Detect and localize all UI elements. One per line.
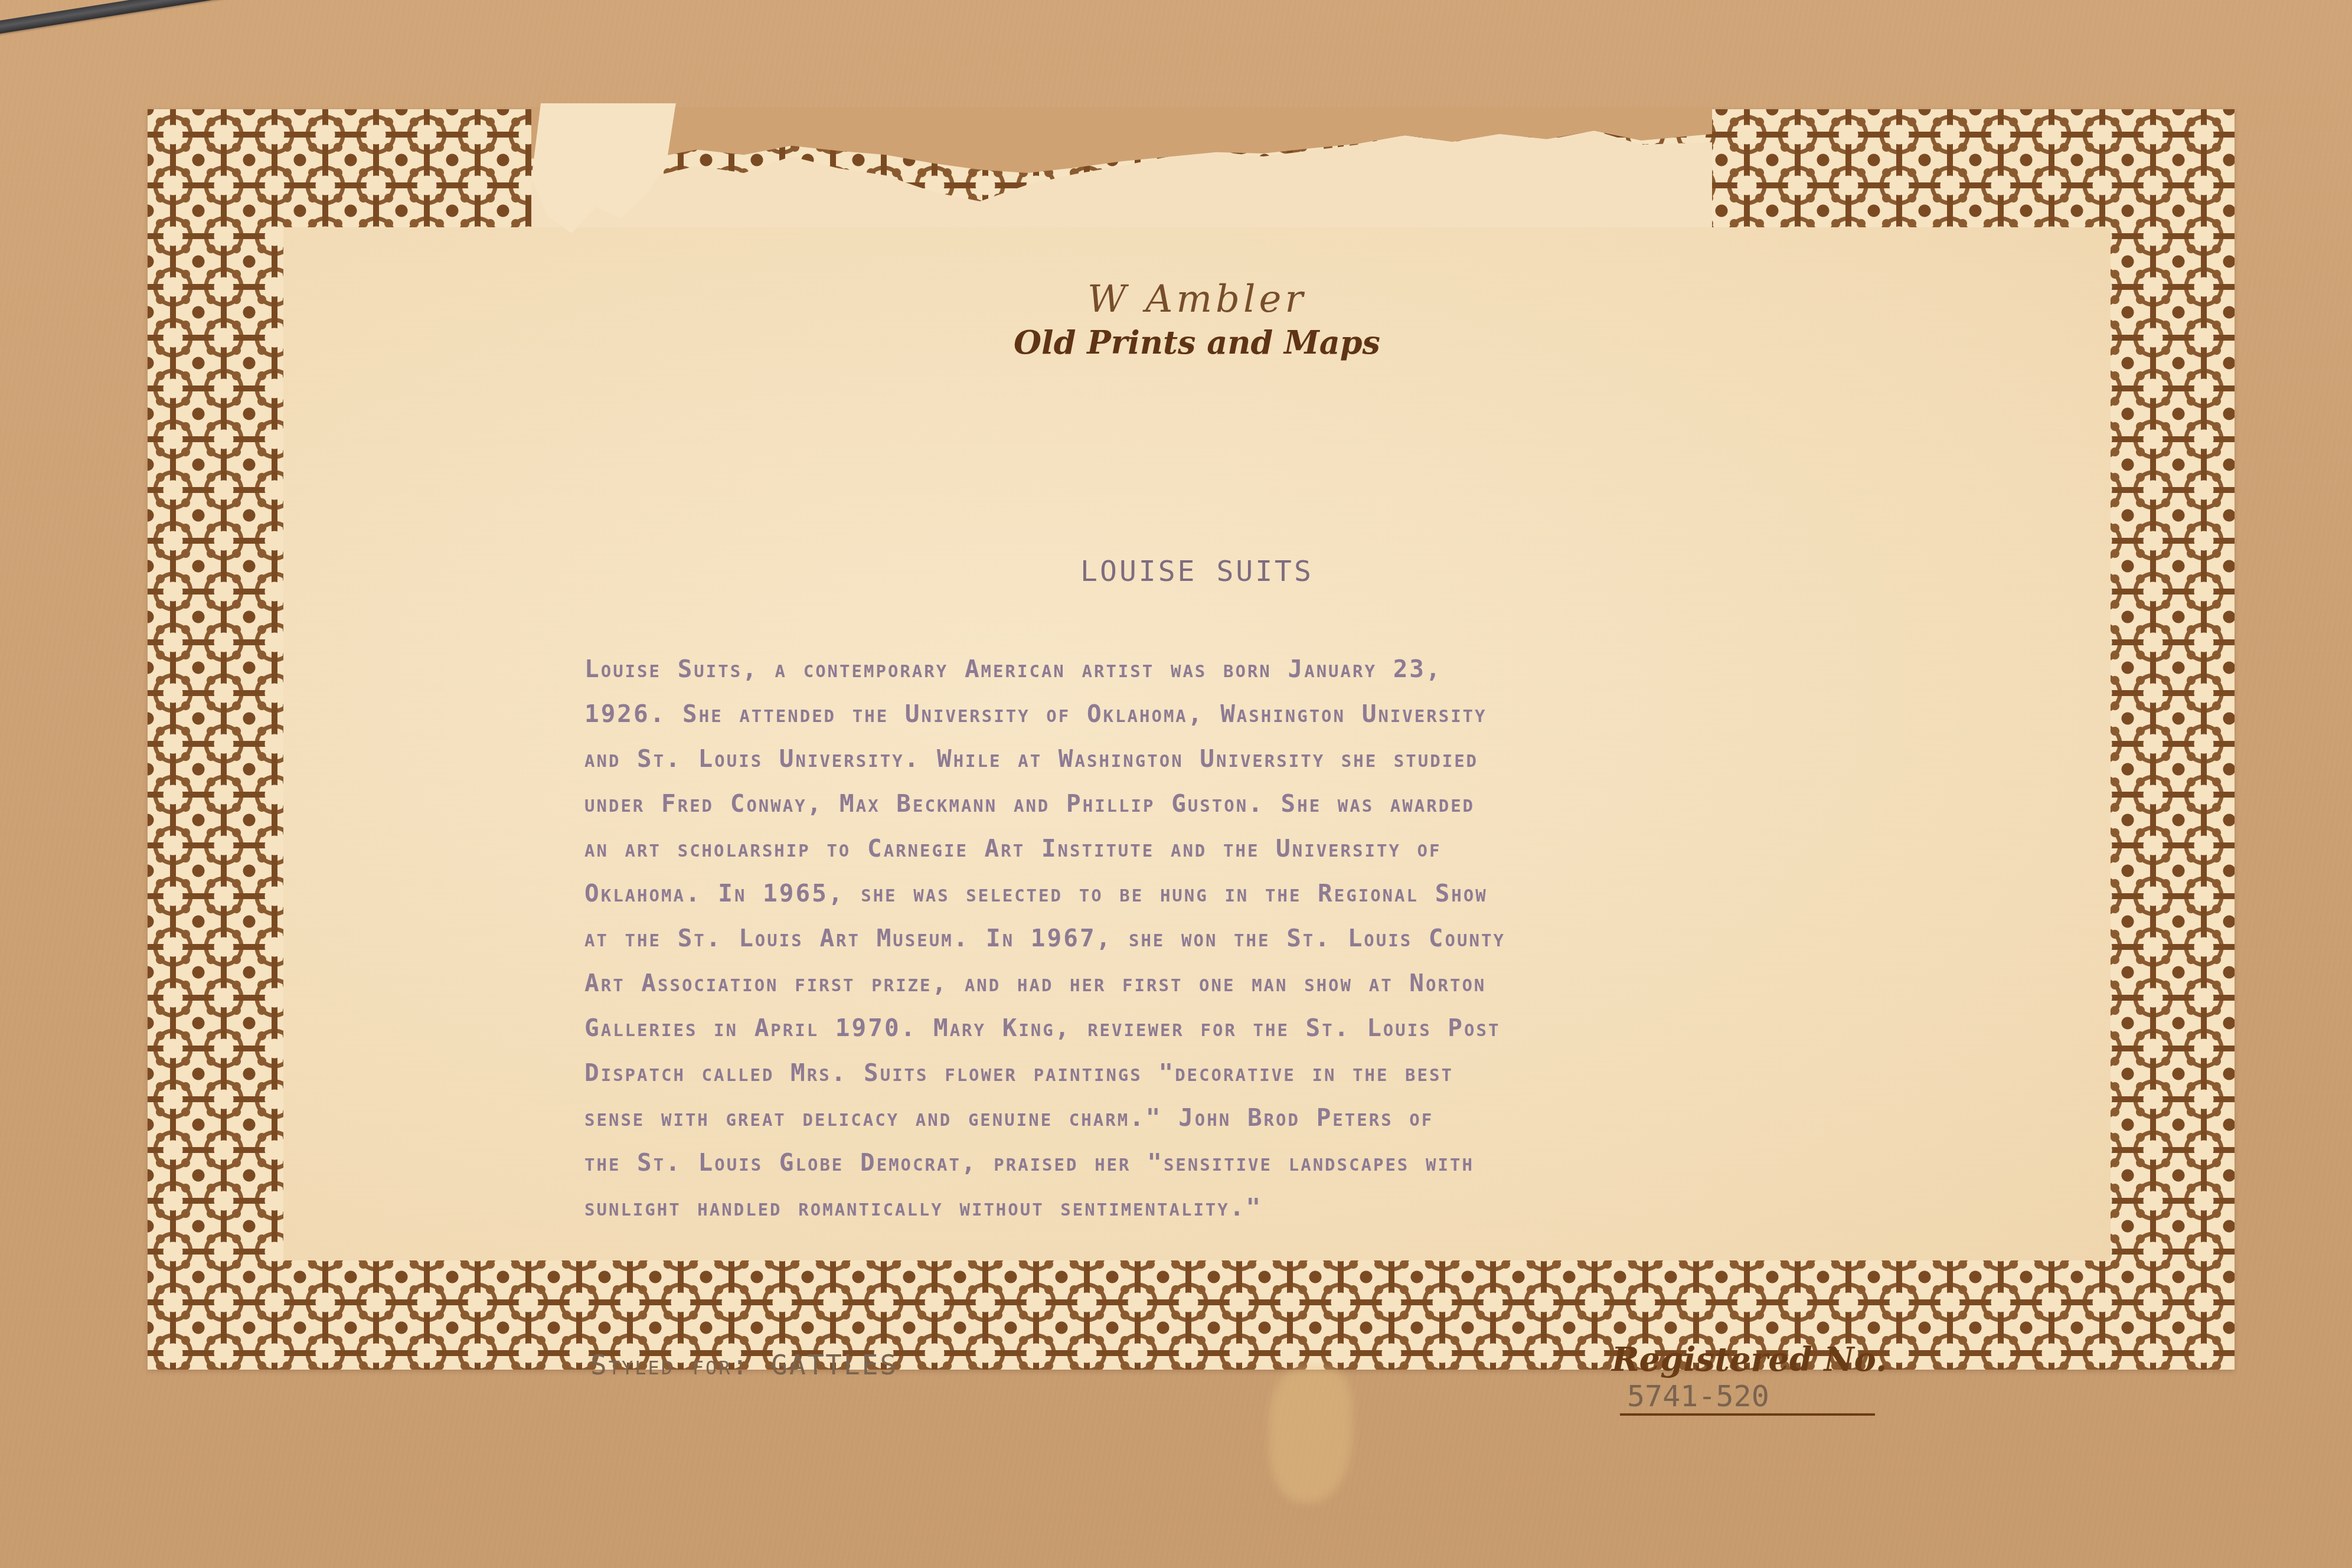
bio-line: Oklahoma. In 1965, she was selected to b…	[584, 871, 2178, 916]
letterhead: W Ambler Old Prints and Maps	[283, 277, 2111, 361]
bio-line: the St. Louis Globe Democrat, praised he…	[584, 1140, 2178, 1185]
artist-biography: Louise Suits, a contemporary American ar…	[584, 646, 2178, 1230]
registered-label: Registered No.	[1612, 1340, 1887, 1379]
paper-stain	[1269, 1367, 1352, 1502]
styled-for: Styled for:GATTLES	[590, 1349, 898, 1381]
registered-value: 5741-520	[1620, 1379, 1875, 1416]
styled-for-label: Styled for:	[590, 1349, 750, 1381]
bio-line: Louise Suits, a contemporary American ar…	[584, 646, 2178, 691]
bio-line: sunlight handled romantically without se…	[584, 1185, 2178, 1230]
hanging-wire	[0, 0, 234, 35]
label-inner-panel: W Ambler Old Prints and Maps LOUISE SUIT…	[283, 227, 2111, 1260]
bio-line: sense with great delicacy and genuine ch…	[584, 1095, 2178, 1140]
bio-line: at the St. Louis Art Museum. In 1967, sh…	[584, 916, 2178, 961]
gallery-label-card: W Ambler Old Prints and Maps LOUISE SUIT…	[148, 109, 2235, 1370]
letterhead-subtitle: Old Prints and Maps	[283, 324, 2111, 361]
bio-line: and St. Louis University. While at Washi…	[584, 736, 2178, 781]
bio-line: Art Association first prize, and had her…	[584, 961, 2178, 1005]
bio-line: under Fred Conway, Max Beckmann and Phil…	[584, 781, 2178, 826]
bio-line: 1926. She attended the University of Okl…	[584, 691, 2178, 736]
styled-for-value: GATTLES	[771, 1349, 898, 1381]
registered-number: Registered No.5741-520	[1612, 1340, 2111, 1416]
bio-line: Dispatch called Mrs. Suits flower painti…	[584, 1050, 2178, 1095]
letterhead-dealer-name: W Ambler	[283, 277, 2111, 321]
bio-line: an art scholarship to Carnegie Art Insti…	[584, 826, 2178, 871]
bio-line: Galleries in April 1970. Mary King, revi…	[584, 1005, 2178, 1050]
artist-title: LOUISE SUITS	[283, 555, 2111, 588]
